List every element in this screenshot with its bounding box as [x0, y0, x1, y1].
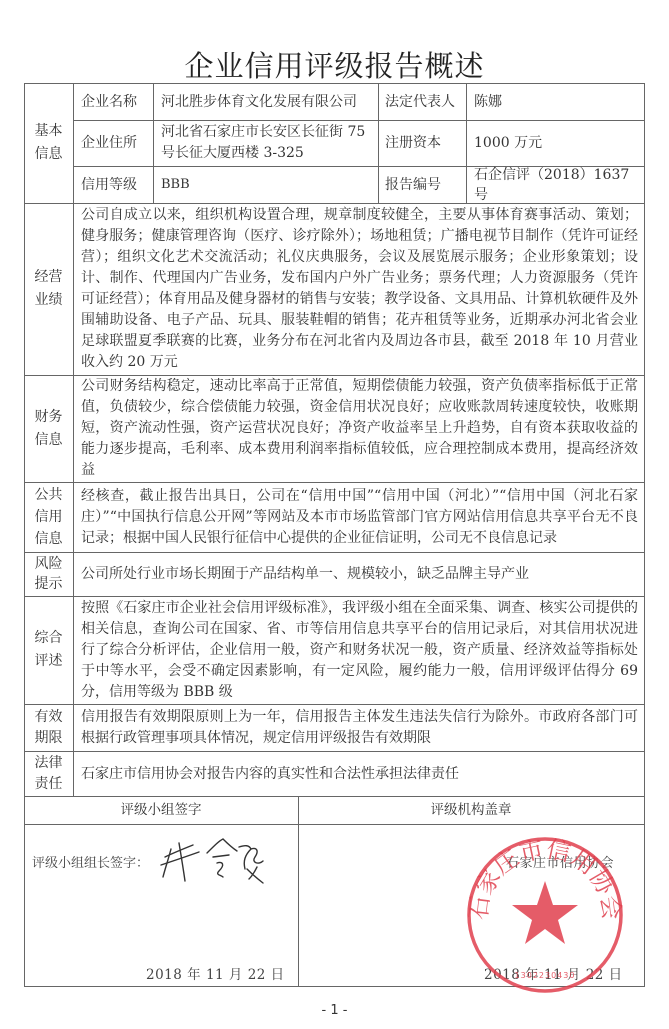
- field-label-address: 企业住所: [81, 120, 153, 166]
- section-label-legal: 法律责任: [24, 751, 73, 796]
- field-label-credit-grade: 信用等级: [81, 166, 153, 203]
- section-label-validity: 有效期限: [24, 704, 73, 751]
- field-value-address: 河北省石家庄市长安区长征街 75 号长征大厦西楼 3-325: [161, 120, 373, 166]
- section-label-risk: 风险提示: [24, 552, 73, 596]
- field-value-credit-grade: BBB: [161, 166, 378, 203]
- team-signature-date: 2018 年 11 月 22 日: [146, 963, 285, 983]
- section-label-summary: 综合评述: [24, 596, 73, 704]
- team-leader-signature-label: 评级小组组长签字：: [32, 852, 149, 871]
- section-text-finance: 公司财务结构稳定，速动比率高于正常值，短期偿债能力较强，资产负债率指标低于正常值…: [73, 375, 644, 482]
- signature-header-team: 评级小组签字: [24, 796, 298, 824]
- section-text-summary: 按照《石家庄市企业社会信用评级标准》，我评级小组在全面采集、调查、核实公司提供的…: [73, 596, 644, 704]
- field-value-registered-capital: 1000 万元: [474, 120, 644, 166]
- field-label-report-number: 报告编号: [385, 166, 465, 203]
- section-label-public-credit: 公共信用信息: [24, 482, 73, 552]
- signature-header-org: 评级机构盖章: [298, 796, 644, 824]
- field-value-legal-rep: 陈娜: [474, 83, 644, 120]
- section-label-business: 经营业绩: [24, 203, 73, 375]
- section-label-finance: 财务信息: [24, 375, 73, 482]
- section-label-basic-info: 基本信息: [24, 83, 73, 203]
- section-text-business: 公司自成立以来，组织机构设置合理，规章制度较健全，主要从事体育赛事活动、策划；健…: [73, 203, 644, 375]
- section-text-public-credit: 经核查，截止报告出具日，公司在“信用中国”“信用中国（河北）”“信用中国（河北石…: [73, 482, 644, 552]
- page-title: 企业信用评级报告概述: [0, 44, 669, 85]
- page-number: - 1 -: [0, 1003, 669, 1018]
- official-seal-icon: 石家庄市信用协会 1302230430: [465, 835, 625, 995]
- handwritten-signature-icon: [159, 835, 269, 887]
- section-text-risk: 公司所处行业市场长期囿于产品结构单一、规模较小，缺乏品牌主导产业: [73, 552, 644, 596]
- field-label-registered-capital: 注册资本: [385, 120, 465, 166]
- section-text-legal: 石家庄市信用协会对报告内容的真实性和合法性承担法律责任: [73, 751, 644, 796]
- field-value-report-number: 石企信评（2018）1637 号: [474, 166, 632, 203]
- field-value-company-name: 河北胜步体育文化发展有限公司: [161, 83, 378, 120]
- section-text-validity: 信用报告有效期限原则上为一年，信用报告主体发生违法失信行为除外。市政府各部门可根…: [73, 704, 644, 751]
- field-label-legal-rep: 法定代表人: [385, 83, 485, 120]
- field-label-company-name: 企业名称: [81, 83, 153, 120]
- svg-text:1302230430: 1302230430: [515, 971, 576, 980]
